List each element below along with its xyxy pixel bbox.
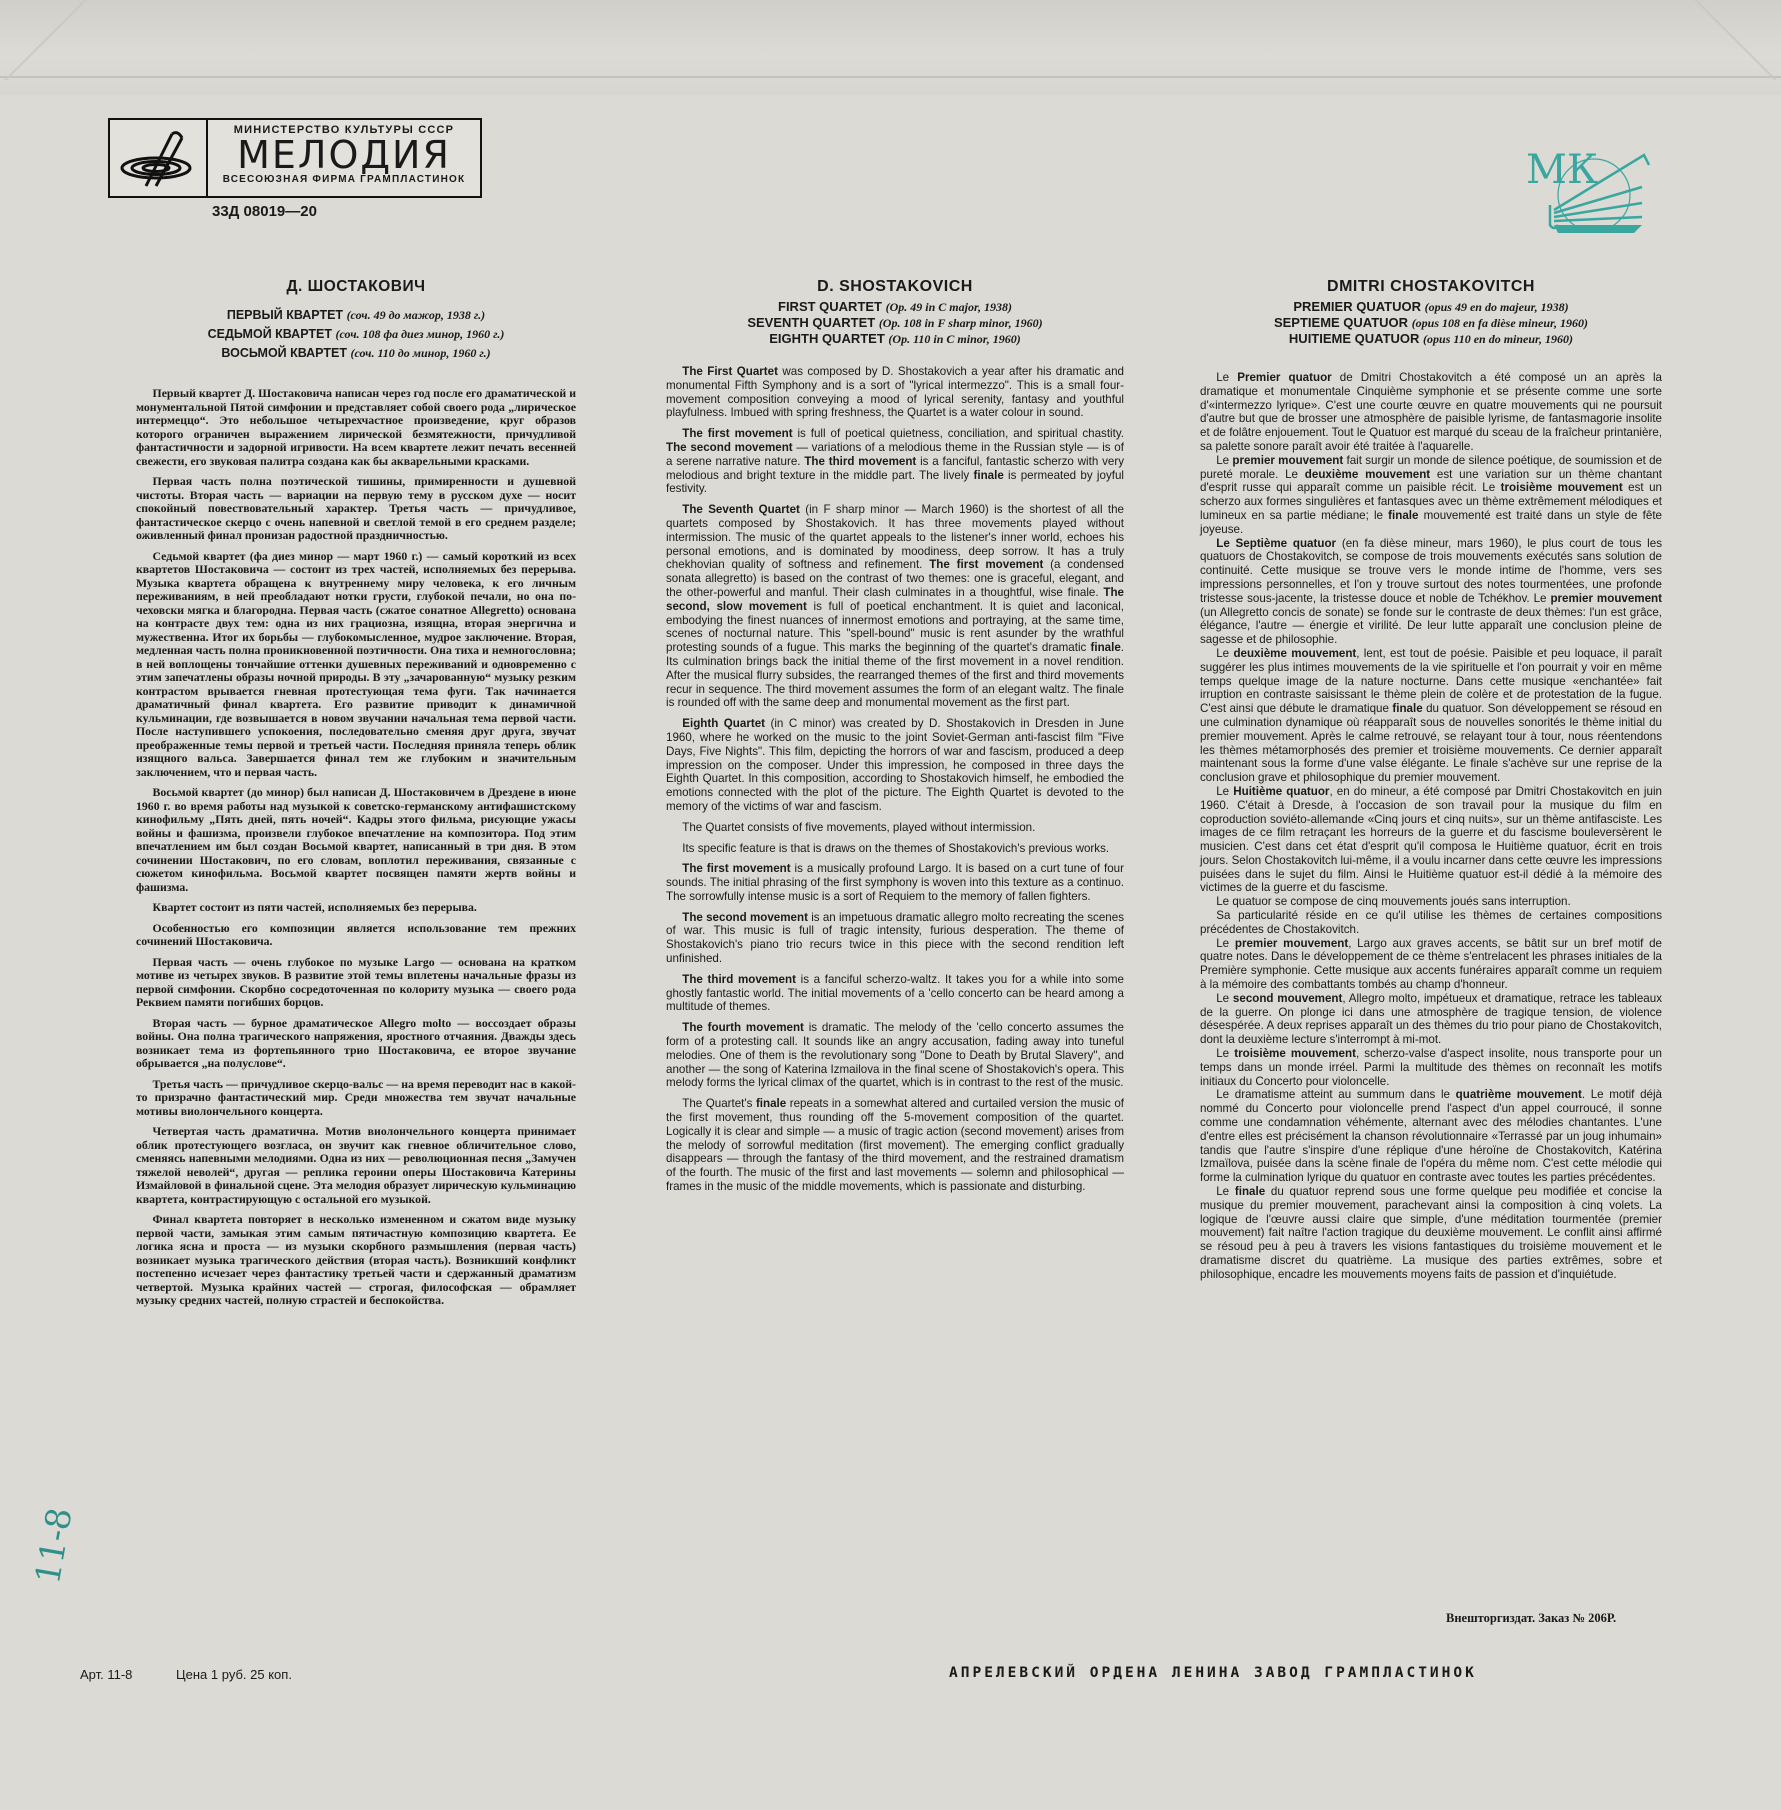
- paragraph: Le second mouvement, Allegro molto, impé…: [1200, 992, 1662, 1047]
- work-title-fr-1: PREMIER QUATUOR (opus 49 en do majeur, 1…: [1200, 299, 1662, 315]
- paragraph: Вторая часть — бурное драматическое Alle…: [136, 1017, 576, 1071]
- article-number: Арт. 11-8: [80, 1667, 132, 1682]
- sleeve-top-flap: [0, 0, 1781, 95]
- paragraph: Le deuxième mouvement, lent, est tout de…: [1200, 647, 1662, 785]
- paragraph: Le premier mouvement, Largo aux graves a…: [1200, 937, 1662, 992]
- work-title-en-1: FIRST QUARTET (Op. 49 in C major, 1938): [666, 299, 1124, 315]
- paragraph: Четвертая часть драматична. Мотив виолон…: [136, 1125, 576, 1206]
- flap-corner-right: [1691, 0, 1781, 80]
- handwritten-note: 11-8: [28, 1505, 81, 1587]
- work-title-fr-2: SEPTIEME QUATUOR (opus 108 en fa dièse m…: [1200, 315, 1662, 331]
- record-sleeve-back: МИНИСТЕРСТВО КУЛЬТУРЫ СССР МЕЛОДИЯ ВСЕСО…: [0, 0, 1781, 1810]
- paragraph: Le troisième mouvement, scherzo-valse d'…: [1200, 1047, 1662, 1088]
- liner-notes-ru: Первый квартет Д. Шостаковича написан че…: [136, 387, 576, 1308]
- mk-letters: МК: [1526, 147, 1598, 193]
- paragraph: Особенностью его композиции является исп…: [136, 922, 576, 949]
- paragraph: Первая часть — очень глубокое по музыке …: [136, 956, 576, 1010]
- russian-column: Д. ШОСТАКОВИЧ ПЕРВЫЙ КВАРТЕТ (соч. 49 до…: [136, 278, 576, 1315]
- work-title-fr-3: HUITIEME QUATUOR (opus 110 en do mineur,…: [1200, 331, 1662, 347]
- paragraph: Седьмой квартет (фа диез минор — март 19…: [136, 550, 576, 780]
- french-column: DMITRI CHOSTAKOVITCH PREMIER QUATUOR (op…: [1200, 278, 1662, 1282]
- paragraph: Le finale du quatuor reprend sous une fo…: [1200, 1185, 1662, 1282]
- liner-notes-fr: Le Premier quatuor de Dmitri Chostakovit…: [1200, 371, 1662, 1282]
- paragraph: The third movement is a fanciful scherzo…: [666, 973, 1124, 1014]
- footer-price-line: Арт. 11-8 Цена 1 руб. 25 коп.: [80, 1667, 332, 1682]
- publisher-order: Внешторгиздат. Заказ № 206Р.: [1446, 1611, 1616, 1626]
- paragraph: Третья часть — причудливое скерцо-вальс …: [136, 1078, 576, 1119]
- paragraph: Первая часть полна поэтической тишины, п…: [136, 475, 576, 543]
- paragraph: The Quartet consists of five movements, …: [666, 821, 1124, 835]
- liner-notes-en: The First Quartet was composed by D. Sho…: [666, 365, 1124, 1194]
- paragraph: The Seventh Quartet (in F sharp minor — …: [666, 503, 1124, 710]
- composer-heading-ru: Д. ШОСТАКОВИЧ: [136, 278, 576, 296]
- work-title-ru-3: ВОСЬМОЙ КВАРТЕТ (соч. 110 до минор, 1960…: [136, 344, 576, 363]
- paragraph: The fourth movement is dramatic. The mel…: [666, 1021, 1124, 1090]
- paragraph: Eighth Quartet (in C minor) was created …: [666, 717, 1124, 814]
- composer-heading-fr: DMITRI CHOSTAKOVITCH: [1200, 278, 1662, 296]
- paragraph: The First Quartet was composed by D. Sho…: [666, 365, 1124, 420]
- melodiya-record-logo-icon: [110, 120, 208, 196]
- paragraph: Le quatuor se compose de cinq mouvements…: [1200, 895, 1662, 909]
- paragraph: The first movement is full of poetical q…: [666, 427, 1124, 496]
- paragraph: Le premier mouvement fait surgir un mond…: [1200, 454, 1662, 537]
- paragraph: The second movement is an impetuous dram…: [666, 911, 1124, 966]
- work-title-ru-1: ПЕРВЫЙ КВАРТЕТ (соч. 49 до мажор, 1938 г…: [136, 306, 576, 325]
- composer-heading-en: D. SHOSTAKOVICH: [666, 278, 1124, 296]
- paragraph: Sa particularité réside en ce qu'il util…: [1200, 909, 1662, 937]
- english-column: D. SHOSTAKOVICH FIRST QUARTET (Op. 49 in…: [666, 278, 1124, 1201]
- paragraph: Le dramatisme atteint au summum dans le …: [1200, 1088, 1662, 1185]
- flap-fold-line: [0, 76, 1781, 78]
- paragraph: Первый квартет Д. Шостаковича написан че…: [136, 387, 576, 468]
- flap-corner-left: [0, 0, 90, 80]
- catalog-number: 33Д 08019—20: [212, 203, 317, 220]
- mk-book-globe-icon: МК: [1524, 135, 1654, 245]
- brand-name: МЕЛОДИЯ: [208, 136, 480, 174]
- paragraph: Восьмой квартет (до минор) был написан Д…: [136, 786, 576, 894]
- paragraph: The Quartet's finale repeats in a somewh…: [666, 1097, 1124, 1194]
- work-title-en-2: SEVENTH QUARTET (Op. 108 in F sharp mino…: [666, 315, 1124, 331]
- melodiya-logo: МИНИСТЕРСТВО КУЛЬТУРЫ СССР МЕЛОДИЯ ВСЕСО…: [108, 118, 482, 198]
- work-title-ru-2: СЕДЬМОЙ КВАРТЕТ (соч. 108 фа диез минор,…: [136, 325, 576, 344]
- paragraph: Квартет состоит из пяти частей, исполняе…: [136, 901, 576, 915]
- paragraph: Le Huitième quatuor, en do mineur, a été…: [1200, 785, 1662, 895]
- work-title-en-3: EIGHTH QUARTET (Op. 110 in C minor, 1960…: [666, 331, 1124, 347]
- price: Цена 1 руб. 25 коп.: [176, 1667, 292, 1682]
- paragraph: Финал квартета повторяет в несколько изм…: [136, 1213, 576, 1308]
- paragraph: Le Septième quatuor (en fa dièse mineur,…: [1200, 537, 1662, 647]
- paragraph: The first movement is a musically profou…: [666, 862, 1124, 903]
- factory-name: АПРЕЛЕВСКИЙ ОРДЕНА ЛЕНИНА ЗАВОД ГРАМПЛАС…: [949, 1665, 1477, 1681]
- firm-label: ВСЕСОЮЗНАЯ ФИРМА ГРАМПЛАСТИНОК: [208, 174, 480, 185]
- paragraph: Its specific feature is that is draws on…: [666, 842, 1124, 856]
- paragraph: Le Premier quatuor de Dmitri Chostakovit…: [1200, 371, 1662, 454]
